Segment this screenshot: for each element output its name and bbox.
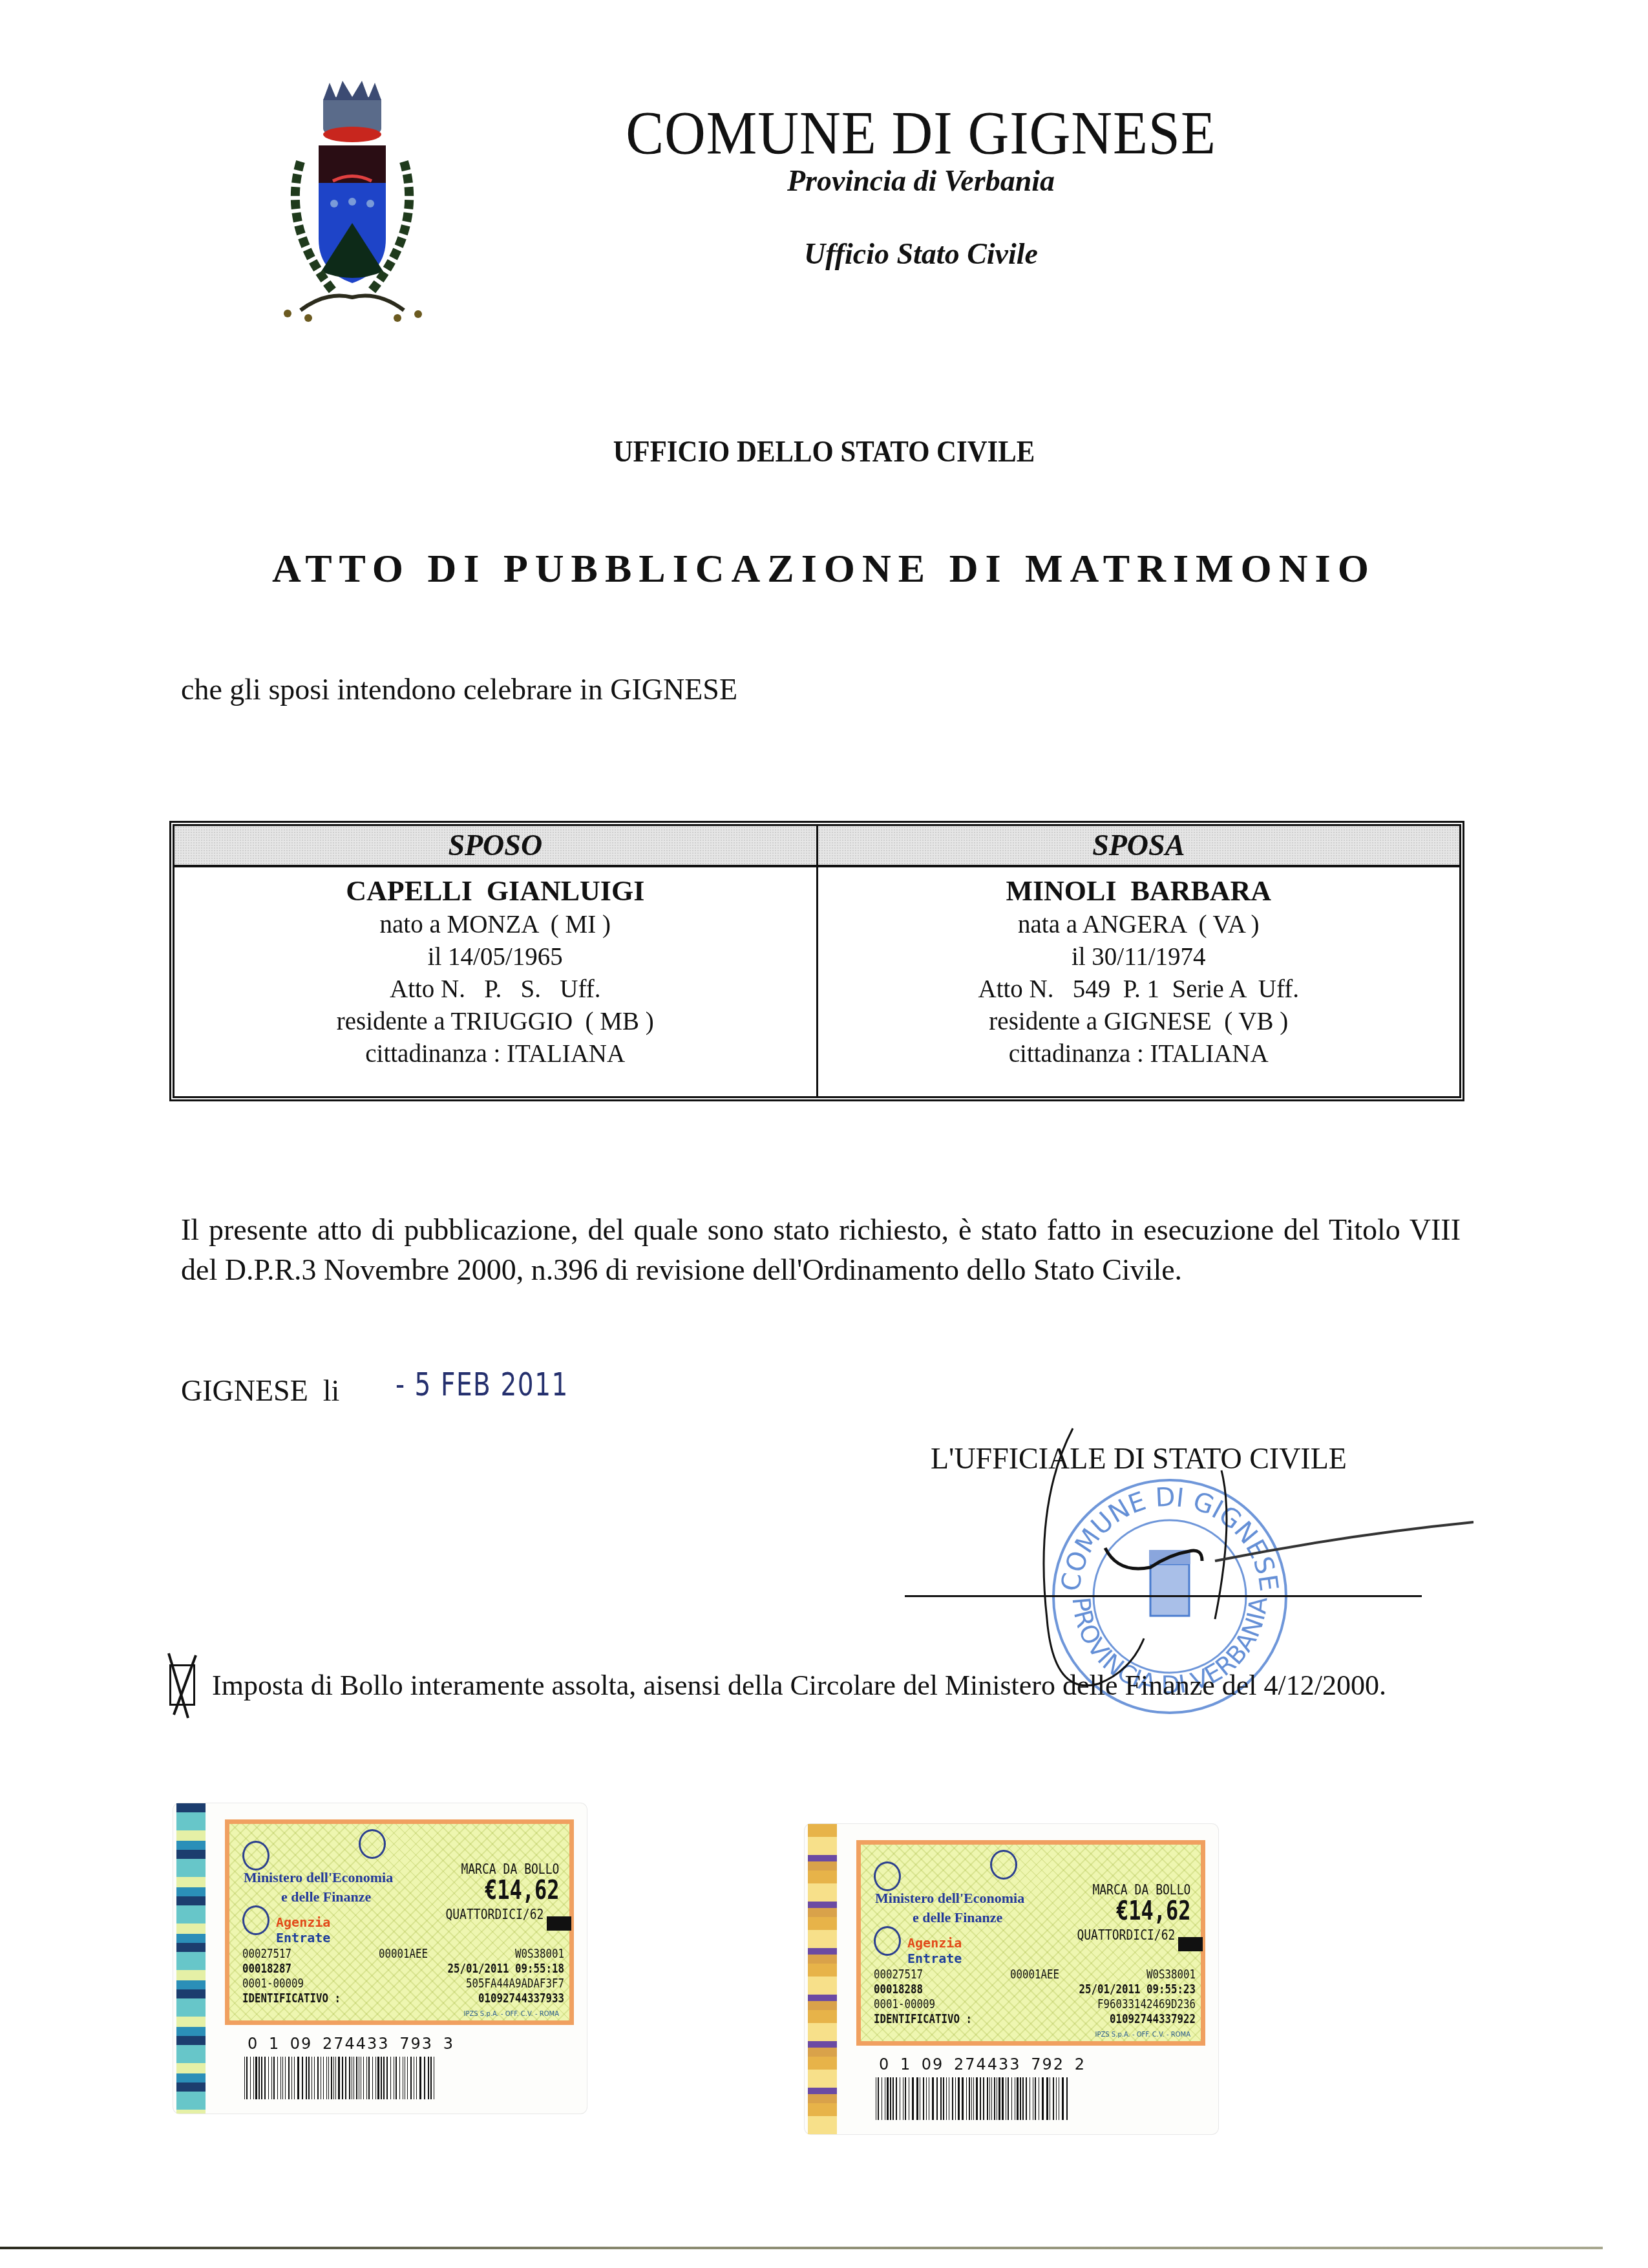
ministry-line-1: Ministero dell'Economia bbox=[244, 1869, 393, 1886]
code-cell: 0001-00009 bbox=[242, 1977, 304, 1991]
place-label: GIGNESE li bbox=[181, 1373, 339, 1408]
intro-text: che gli sposi intendono celebrare in GIG… bbox=[181, 672, 737, 706]
bollo-checkbox[interactable] bbox=[169, 1664, 195, 1706]
agency-line-1: genzia bbox=[915, 1935, 962, 1951]
code-cell: 00027517 bbox=[874, 1967, 923, 1982]
bride-name: MINOLI BARBARA bbox=[818, 874, 1460, 909]
code-cell: 01092744337933 bbox=[478, 1991, 564, 2006]
code-cell: 01092744337922 bbox=[1110, 2012, 1196, 2027]
hologram-strip bbox=[808, 1824, 837, 2134]
groom-citizenship: cittadinanza : ITALIANA bbox=[174, 1038, 816, 1070]
couple-table: SPOSO CAPELLI GIANLUIGI nato a MONZA ( M… bbox=[169, 821, 1464, 1101]
bride-birth-place: nata a ANGERA ( VA ) bbox=[818, 909, 1460, 941]
revenue-stamp: Ministero dell'Economia e delle Finanze … bbox=[173, 1803, 587, 2114]
code-cell: F96033142469D236 bbox=[1097, 1997, 1196, 2012]
x-mark-icon bbox=[162, 1650, 204, 1721]
code-cell: W0S38001 bbox=[1146, 1967, 1196, 1982]
republic-emblem-icon bbox=[242, 1905, 269, 1935]
date-stamp: - 5 FEB 2011 bbox=[396, 1366, 569, 1403]
revenue-stamp: Ministero dell'Economia e delle Finanze … bbox=[805, 1824, 1218, 2134]
bride-citizenship: cittadinanza : ITALIANA bbox=[818, 1038, 1460, 1070]
stamp-amount-words: QUATTORDICI/62 bbox=[445, 1907, 544, 1923]
signature-stroke-icon bbox=[1008, 1425, 1474, 1697]
agency-e-icon: E bbox=[276, 1930, 284, 1945]
bride-act: Atto N. 549 P. 1 Serie A Uff. bbox=[818, 973, 1460, 1006]
code-cell: 505FA44A9ADAF3F7 bbox=[466, 1977, 564, 1991]
bride-residence: residente a GIGNESE ( VB ) bbox=[818, 1006, 1460, 1038]
groom-birth-date: il 14/05/1965 bbox=[174, 941, 816, 973]
code-cell: 00001AEE bbox=[1010, 1967, 1059, 1982]
agency-e-icon: E bbox=[907, 1951, 915, 1966]
office-subtitle: Ufficio Stato Civile bbox=[452, 237, 1389, 271]
groom-birth-place: nato a MONZA ( MI ) bbox=[174, 909, 816, 941]
ministry-line-2: e delle Finanze bbox=[913, 1909, 1002, 1926]
republic-emblem-icon bbox=[874, 1861, 901, 1891]
groom-act: Atto N. P. S. Uff. bbox=[174, 973, 816, 1006]
bride-heading: SPOSA bbox=[818, 826, 1460, 867]
ministry-line-2: e delle Finanze bbox=[281, 1889, 371, 1905]
code-cell: IDENTIFICATIVO : bbox=[242, 1991, 341, 2006]
groom-column: SPOSO CAPELLI GIANLUIGI nato a MONZA ( M… bbox=[174, 826, 816, 1096]
province-subtitle: Provincia di Verbania bbox=[452, 164, 1389, 198]
republic-emblem-icon bbox=[990, 1850, 1017, 1880]
stamp-face: Ministero dell'Economia e delle Finanze … bbox=[225, 1819, 574, 2025]
stamp-amount-words: QUATTORDICI/62 bbox=[1077, 1927, 1175, 1944]
barcode-icon bbox=[244, 2057, 438, 2099]
stamp-amount: €14,62 bbox=[1115, 1896, 1190, 1926]
stamp-codes: 0002751700001AEEW0S38001 0001828825/01/2… bbox=[874, 1967, 1196, 2027]
code-cell: W0S38001 bbox=[515, 1947, 564, 1962]
code-cell: 25/01/2011 09:55:23 bbox=[1079, 1982, 1196, 1997]
stamp-amount: €14,62 bbox=[484, 1876, 559, 1905]
agency-line-2: ntrate bbox=[915, 1951, 962, 1966]
signature-line bbox=[905, 1595, 1422, 1597]
hologram-strip bbox=[176, 1803, 206, 2114]
bollo-text: Imposta di Bollo interamente assolta, ai… bbox=[212, 1669, 1386, 1702]
agency-line-1: genzia bbox=[284, 1914, 330, 1930]
groom-name: CAPELLI GIANLUIGI bbox=[174, 874, 816, 909]
handwritten-signature bbox=[1008, 1425, 1474, 1697]
code-cell: 00001AEE bbox=[379, 1947, 428, 1962]
agency-e-icon: A bbox=[907, 1935, 915, 1951]
stamp-face: Ministero dell'Economia e delle Finanze … bbox=[856, 1840, 1205, 2046]
municipality-title: COMUNE DI GIGNESE bbox=[490, 97, 1352, 169]
document-title: ATTO DI PUBBLICAZIONE DI MATRIMONIO bbox=[0, 546, 1648, 592]
printer-mark: IPZS S.p.A. - OFF. C.V. - ROMA bbox=[1095, 2031, 1191, 2039]
bollo-declaration: Imposta di Bollo interamente assolta, ai… bbox=[169, 1664, 1386, 1706]
groom-heading: SPOSO bbox=[174, 826, 816, 867]
code-cell: IDENTIFICATIVO : bbox=[874, 2012, 972, 2027]
code-cell: 00018287 bbox=[242, 1962, 291, 1977]
coat-of-arms-icon bbox=[262, 78, 449, 323]
code-cell: 00018288 bbox=[874, 1982, 923, 1997]
agency-line-2: ntrate bbox=[284, 1930, 330, 1945]
municipal-crest bbox=[262, 78, 449, 323]
agency-e-icon: A bbox=[276, 1914, 284, 1930]
bride-birth-date: il 30/11/1974 bbox=[818, 941, 1460, 973]
legal-paragraph: Il presente atto di pubblicazione, del q… bbox=[181, 1210, 1461, 1290]
barcode-icon bbox=[876, 2077, 1070, 2120]
stamp-tab bbox=[547, 1916, 571, 1931]
code-cell: 0001-00009 bbox=[874, 1997, 935, 2012]
agency-logo: Agenzia Entrate bbox=[907, 1935, 962, 1966]
republic-emblem-icon bbox=[874, 1926, 901, 1956]
ministry-line-1: Ministero dell'Economia bbox=[875, 1890, 1024, 1907]
office-heading: UFFICIO DELLO STATO CIVILE bbox=[58, 434, 1590, 469]
republic-emblem-icon bbox=[359, 1829, 386, 1859]
page-edge-shadow bbox=[0, 2247, 1603, 2249]
groom-residence: residente a TRIUGGIO ( MB ) bbox=[174, 1006, 816, 1038]
stamp-codes: 0002751700001AEEW0S38001 0001828725/01/2… bbox=[242, 1947, 564, 2006]
barcode-number: 0 1 09 274433 793 3 bbox=[248, 2035, 454, 2053]
code-cell: 25/01/2011 09:55:18 bbox=[448, 1962, 564, 1977]
printer-mark: IPZS S.p.A. - OFF. C.V. - ROMA bbox=[464, 2011, 560, 2018]
stamp-tab bbox=[1178, 1937, 1203, 1951]
republic-emblem-icon bbox=[242, 1841, 269, 1871]
bride-column: SPOSA MINOLI BARBARA nata a ANGERA ( VA … bbox=[816, 826, 1460, 1096]
barcode-number: 0 1 09 274433 792 2 bbox=[879, 2055, 1086, 2073]
agency-logo: Agenzia Entrate bbox=[276, 1914, 330, 1945]
code-cell: 00027517 bbox=[242, 1947, 291, 1962]
